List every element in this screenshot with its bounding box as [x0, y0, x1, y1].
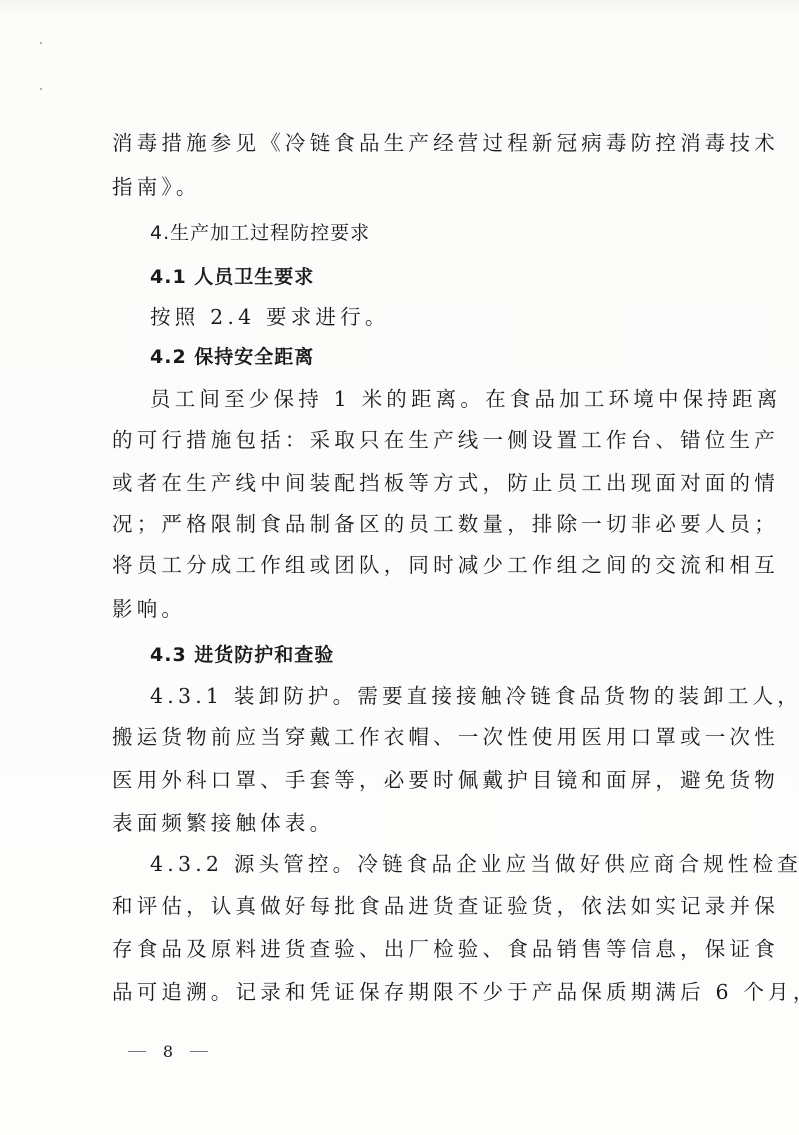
scan-speck: [40, 42, 42, 44]
body-line: 员工间至少保持 1 米的距离。在食品加工环境中保持距离: [150, 384, 695, 414]
subsection-heading: 4.2 保持安全距离: [150, 342, 695, 372]
footer-dash: [190, 1051, 208, 1052]
body-line: 指南》。: [112, 172, 692, 202]
body-line: 将员工分成工作组或团队，同时减少工作组之间的交流和相互: [112, 550, 692, 580]
subsection-heading: 4.3 进货防护和查验: [150, 640, 695, 670]
subsection-heading: 4.1 人员卫生要求: [150, 262, 695, 292]
body-line: 表面频繁接触体表。: [112, 808, 692, 838]
body-line: 4.3.1 装卸防护。需要直接接触冷链食品货物的装卸工人，: [150, 681, 695, 711]
body-line: 影响。: [112, 594, 692, 624]
scan-speck: [40, 88, 42, 90]
body-line: 消毒措施参见《冷链食品生产经营过程新冠病毒防控消毒技术: [112, 128, 692, 158]
body-line: 搬运货物前应当穿戴工作衣帽、一次性使用医用口罩或一次性: [112, 722, 692, 752]
document-page: 消毒措施参见《冷链食品生产经营过程新冠病毒防控消毒技术 指南》。 4.生产加工过…: [0, 0, 799, 1135]
body-line: 4.3.2 源头管控。冷链食品企业应当做好供应商合规性检查: [150, 849, 695, 879]
body-line: 按照 2.4 要求进行。: [150, 302, 695, 332]
body-line: 品可追溯。记录和凭证保存期限不少于产品保质期满后 6 个月，: [112, 977, 692, 1007]
page-number: 8: [163, 1042, 173, 1061]
body-line: 或者在生产线中间装配挡板等方式，防止员工出现面对面的情: [112, 468, 692, 498]
page-footer: 8: [128, 1042, 208, 1061]
body-line: 医用外科口罩、手套等，必要时佩戴护目镜和面屏，避免货物: [112, 765, 692, 795]
section-heading: 4.生产加工过程防控要求: [150, 218, 695, 248]
body-line: 和评估，认真做好每批食品进货查证验货，依法如实记录并保: [112, 891, 692, 921]
body-line: 的可行措施包括：采取只在生产线一侧设置工作台、错位生产: [112, 425, 692, 455]
body-line: 况；严格限制食品制备区的员工数量，排除一切非必要人员；: [112, 509, 692, 539]
footer-dash: [128, 1051, 146, 1052]
body-line: 存食品及原料进货查验、出厂检验、食品销售等信息，保证食: [112, 934, 692, 964]
